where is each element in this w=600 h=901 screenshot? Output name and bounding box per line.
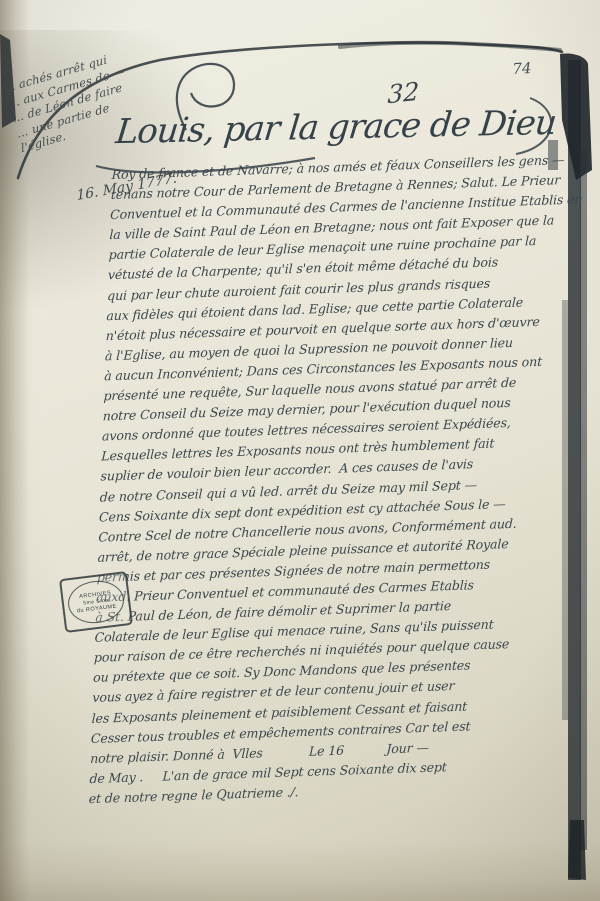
page-number: 74 bbox=[512, 59, 532, 78]
archive-stamp-oval: ARCHIVES 5me S.on du ROYAUME bbox=[66, 578, 127, 627]
archive-stamp: ARCHIVES 5me S.on du ROYAUME bbox=[59, 571, 133, 633]
document-number: 32 bbox=[387, 77, 420, 110]
manuscript-body: Roy de france et de Navarre; à nos amés … bbox=[88, 150, 571, 809]
manuscript-photo: … achés arrêt qui … aux Carmes de — … de… bbox=[0, 0, 600, 901]
